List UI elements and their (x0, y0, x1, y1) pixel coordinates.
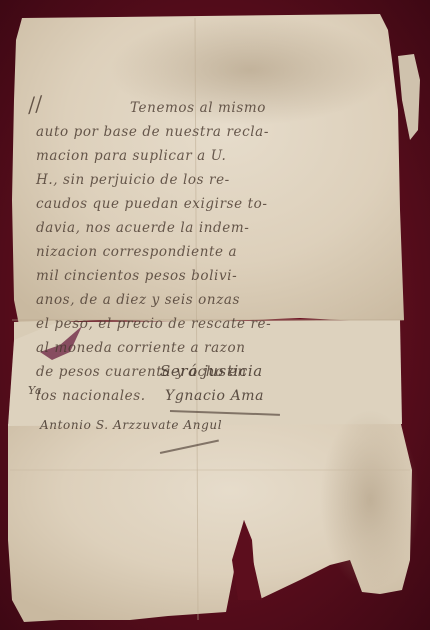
text-line: mil cincientos pesos bolivi- (36, 268, 237, 284)
text-line: al moneda corriente a razon (36, 340, 246, 356)
photo-stage: // Tenemos al mismo auto por base de nue… (0, 0, 430, 630)
margin-note: Ya (28, 384, 42, 397)
text-line: el peso, el precio de rescate re- (36, 316, 271, 332)
text-line: anos, de a diez y seis onzas (36, 292, 240, 308)
text-line: Tenemos al mismo (130, 100, 266, 116)
text-line: auto por base de nuestra recla- (36, 124, 269, 140)
text-line: davia, nos acuerde la indem- (36, 220, 249, 236)
signature-2: Antonio S. Arzzuvate Angul (40, 418, 222, 432)
text-line: los nacionales. (36, 388, 146, 404)
text-line: H., sin perjuicio de los re- (36, 172, 230, 188)
manuscript-paper (0, 0, 430, 630)
text-line: nizacion correspondiente a (36, 244, 237, 260)
text-line: caudos que puedan exigirse to- (36, 196, 268, 212)
text-line: macion para suplicar a U. (36, 148, 226, 164)
closing-text: Será justicia (160, 362, 263, 380)
signature-1: Ygnacio Ama (165, 388, 264, 404)
